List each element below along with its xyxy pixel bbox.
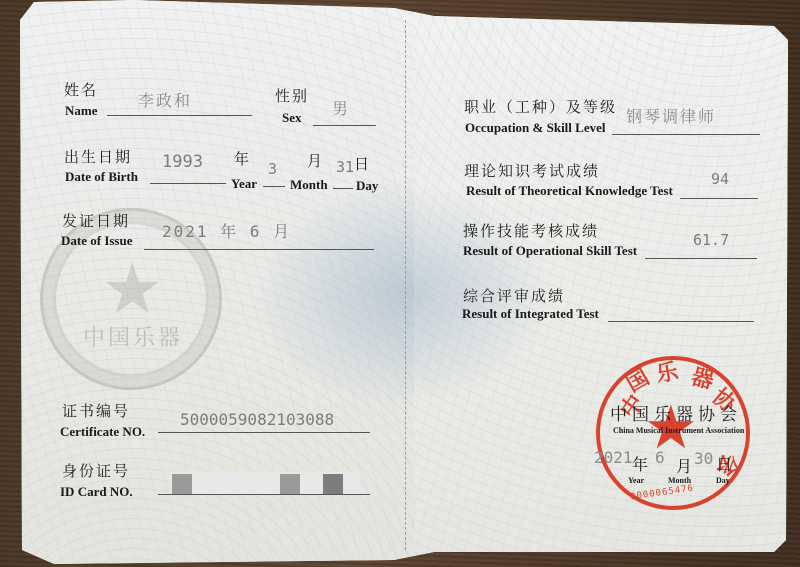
issue-underline [144, 249, 374, 250]
id-no-label-en: ID Card NO. [60, 484, 133, 500]
id-no-underline [158, 494, 370, 495]
integrated-underline [608, 321, 754, 322]
integrated-label-zh: 综合评审成绩 [463, 285, 565, 306]
name-label-zh: 姓名 [64, 79, 98, 100]
embossed-seal-text: 中国乐器 [83, 321, 183, 352]
sex-label-en: Sex [282, 110, 302, 126]
occupation-label-zh: 职业（工种）及等级 [464, 96, 617, 117]
issue-day-value: 30 [694, 449, 713, 468]
issue-year-zh: 年 [632, 452, 648, 475]
dob-year-value: 1993 [162, 152, 203, 172]
stamp-arc-char: 器 [688, 360, 717, 396]
occupation-value: 钢琴调律师 [626, 104, 716, 127]
dob-day-zh: 日 [354, 153, 371, 174]
redaction-block [323, 474, 343, 494]
occupation-label-en: Occupation & Skill Level [465, 120, 605, 136]
theoretical-label-zh: 理论知识考试成绩 [464, 160, 600, 181]
cert-no-label-zh: 证书编号 [62, 400, 130, 421]
redaction-block [172, 474, 192, 494]
cert-no-value: 5000059082103088 [180, 410, 334, 429]
dob-year-en: Year [231, 176, 257, 192]
operational-label-en: Result of Operational Skill Test [463, 243, 637, 259]
issue-year-en: Year [628, 476, 644, 485]
sex-underline [313, 125, 376, 126]
operational-value: 61.7 [693, 231, 729, 249]
issue-month-value: 6 [655, 448, 665, 467]
integrated-label-en: Result of Integrated Test [462, 306, 599, 322]
issue-month-zh: 月 [676, 454, 692, 477]
dob-year-underline [150, 183, 226, 184]
issue-year-value: 2021 [594, 448, 633, 467]
operational-underline [645, 258, 757, 259]
cert-no-underline [158, 432, 370, 433]
theoretical-underline [680, 198, 758, 199]
sex-value: 男 [332, 96, 350, 119]
cert-no-label-en: Certificate NO. [60, 424, 145, 440]
dob-month-underline [263, 186, 285, 187]
dob-month-value: 3 [268, 160, 277, 178]
theoretical-value: 94 [711, 170, 729, 188]
dob-day-value: 31 [336, 158, 354, 176]
dob-label-zh: 出生日期 [64, 146, 132, 167]
operational-label-zh: 操作技能考核成绩 [463, 220, 599, 241]
name-label-en: Name [65, 103, 98, 119]
theoretical-label-en: Result of Theoretical Knowledge Test [466, 183, 673, 199]
occupation-underline [612, 134, 760, 135]
id-no-label-zh: 身份证号 [62, 460, 130, 481]
dob-label-en: Date of Birth [65, 169, 138, 185]
stamp-org-name-en: China Musical Instrument Association [613, 426, 744, 435]
stamp-org-name-zh: 中国乐器协会 [610, 400, 742, 425]
booklet-spine-stitching [405, 20, 406, 550]
dob-day-underline [333, 188, 353, 189]
dob-month-zh: 月 [307, 150, 324, 171]
name-underline [107, 115, 252, 116]
name-value: 李政和 [138, 88, 192, 111]
issue-value: 2021 年 6 月 [162, 219, 291, 242]
issue-label-zh: 发证日期 [62, 210, 130, 231]
star-icon: ★ [101, 256, 164, 326]
issue-month-en: Month [668, 476, 691, 485]
issue-day-en: Day [716, 476, 730, 485]
issue-label-en: Date of Issue [61, 233, 133, 249]
dob-month-en: Month [290, 177, 328, 193]
redaction-block [280, 474, 300, 494]
issue-day-zh: 日 [716, 452, 732, 475]
sex-label-zh: 性别 [275, 85, 309, 106]
stamp-arc-char: 乐 [653, 354, 680, 388]
dob-year-zh: 年 [234, 148, 251, 169]
dob-day-en: Day [356, 178, 378, 194]
stamp-serial-number: 0000065476 [630, 484, 695, 503]
